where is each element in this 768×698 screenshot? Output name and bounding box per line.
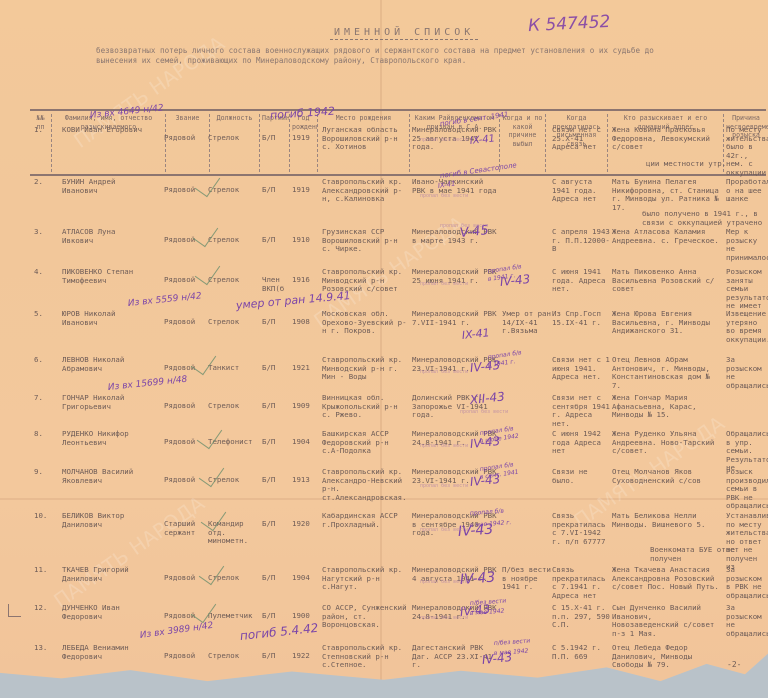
position: Стрелок: [208, 402, 260, 411]
birth-year: 1900: [292, 612, 314, 621]
rank: Рядовой: [164, 134, 206, 143]
position: Танкист: [208, 364, 260, 373]
party: Б/П: [262, 520, 284, 529]
delay-reason: Проработала о на шее шанке: [726, 178, 768, 204]
party: Б/П: [262, 186, 284, 195]
archive-stamp: пропал без вести: [420, 442, 468, 451]
position: Стрелок: [208, 652, 260, 661]
delay-reason-continued: Военкомата БУЕ ответ не получен: [650, 546, 768, 563]
row-number: 8.: [34, 430, 54, 439]
family-address: Отец Левнов Абрам Антонович, г. Минводы,…: [612, 356, 722, 390]
row-number: 9.: [34, 468, 54, 477]
family-address: Мать Беликова Нелли Минводы. Вишневого 5…: [612, 512, 722, 529]
birthplace: Луганская область Ворошиловский р-н с. Х…: [322, 126, 410, 152]
rank: Рядовой: [164, 318, 206, 327]
birthplace: Ставропольский кр. Александро-Невский р-…: [322, 468, 410, 502]
birth-year: 1904: [292, 574, 314, 583]
position: Стрелок: [208, 134, 260, 143]
last-contact: С июня 1942 года Адреса нет: [552, 430, 610, 456]
delay-reason: За розыском не обращались.: [726, 356, 768, 390]
document-subtitle: безвозвратных потерь личного состава вое…: [96, 46, 656, 66]
row-number: 10.: [34, 512, 54, 521]
birth-year: 1910: [292, 236, 314, 245]
birth-year: 1909: [292, 402, 314, 411]
birth-year: 1916: [292, 276, 314, 285]
row-number: 2.: [34, 178, 54, 187]
soldier-name: МОЛЧАНОВ Василий Яковлевич: [62, 468, 148, 485]
party: Б/П: [262, 574, 284, 583]
family-address: Мать Пиковенко Анна Васильевна Розовский…: [612, 268, 722, 294]
last-contact: Из Спр.Госп 15.IX-41 г.: [552, 310, 610, 327]
rank: Рядовой: [164, 652, 206, 661]
delay-reason: Мер к розыску не принималось: [726, 228, 768, 262]
soldier-name: ПИКОВЕНКО Степан Тимофеевич: [62, 268, 148, 285]
header-year: Год рождения: [290, 114, 318, 172]
last-contact: Связь прекратилась с 7.VI-1942 г. п/п 67…: [552, 512, 610, 546]
row-number: 5.: [34, 310, 54, 319]
document-page: ПАМЯТЬ НАРОДА ПАМЯТЬ НАРОДА ПАМЯТЬ НАРОД…: [0, 0, 768, 688]
birthplace: Винницкая обл. Крыжопольский р-н с. Ржев…: [322, 394, 410, 420]
archive-stamp: пропал без вести: [420, 280, 468, 289]
table-header-rule: [30, 174, 766, 176]
birth-year: 1921: [292, 364, 314, 373]
handwritten-note: XII-43: [470, 392, 506, 404]
delay-reason-continued: ции местности утр.: [646, 160, 726, 169]
row-number: 7.: [34, 394, 54, 403]
soldier-name: АТЛАСОВ Луна Ивкович: [62, 228, 148, 245]
last-contact: С 5.1942 г. П.П. 669: [552, 644, 610, 661]
family-address: Жена Гончар Мария Афанасьевна, Карас, Ми…: [612, 394, 722, 420]
birthplace: Московская обл. Орехово-Зуевский р-н г. …: [322, 310, 410, 336]
watermark: ПАМЯТЬ НАРОДА: [49, 491, 209, 613]
birth-year: 1919: [292, 134, 314, 143]
delay-reason: Розыск производили семьи в РВК не обраща…: [726, 468, 768, 511]
row-number: 12.: [34, 604, 54, 613]
family-address: Сын Дунченко Василий Иванович, Новозавед…: [612, 604, 722, 638]
archive-stamp: пропал без вести: [420, 578, 468, 587]
header-position: Должность: [210, 114, 260, 172]
position: Стрелок: [208, 236, 260, 245]
last-contact: С августа 1941 года. Адреса нет: [552, 178, 610, 204]
birth-year: 1920: [292, 520, 314, 529]
handwritten-note: умер от ран 14.9.41: [236, 292, 351, 310]
row-number: 6.: [34, 356, 54, 365]
party: Б/П: [262, 438, 284, 447]
party: Б/П: [262, 612, 284, 621]
soldier-name: ЛЕБЕДА Вениамин Федорович: [62, 644, 148, 661]
family-address: Мать Бунина Пелагея Никифоровна, ст. Ста…: [612, 178, 722, 212]
party: Б/П: [262, 364, 284, 373]
position: Стрелок: [208, 186, 260, 195]
last-contact: Связи нет с 25.Х-41 Адреса нет: [552, 126, 610, 152]
header-num: №№ пп: [30, 114, 52, 172]
handwritten-note: IV-43: [482, 653, 513, 665]
soldier-name: ЛЕВНОВ Николай Абрамович: [62, 356, 148, 373]
birth-year: 1913: [292, 476, 314, 485]
party: Б/П: [262, 236, 284, 245]
delay-reason: Обращались в упр. семьи. Результатов не: [726, 430, 768, 473]
birth-year: 1919: [292, 186, 314, 195]
birthplace: Ставропольский кр. Минводский р-н г. Мин…: [322, 356, 410, 382]
delay-reason: За розыском не обращались: [726, 604, 768, 638]
handwritten-note: IV-43: [470, 361, 501, 373]
birthplace: Грузинская ССР Ворошиловский р-н с. Чирк…: [322, 228, 410, 254]
last-contact: Связи нет с сентября 1941 г. Адреса нет.: [552, 394, 610, 428]
party: Б/П: [262, 652, 284, 661]
birth-year: 1908: [292, 318, 314, 327]
handwritten-note: IV-43: [500, 275, 531, 287]
family-address: Отец Лебеда Федор Данилович, Минводы Сво…: [612, 644, 722, 670]
delay-reason: За розыском в РВК не обращались: [726, 566, 768, 600]
soldier-name: БЕЛИКОВ Виктор Данилович: [62, 512, 148, 529]
party: Член ВКП(б): [262, 276, 284, 293]
birth-year: 1904: [292, 438, 314, 447]
row-number: 11.: [34, 566, 54, 575]
row-number: 13.: [34, 644, 54, 653]
archive-stamp: пропал без вести: [420, 368, 468, 377]
archive-number: К 547452: [528, 12, 611, 36]
soldier-name: ТКАЧЕВ Григорий Данилович: [62, 566, 148, 583]
row-number: 3.: [34, 228, 54, 237]
header-party: Партийность: [260, 114, 290, 172]
soldier-name: КОВИ Иван Егорович: [62, 126, 148, 135]
handwritten-note: IV-43: [470, 475, 501, 487]
soldier-name: ГОНЧАР Николай Григорьевич: [62, 394, 148, 411]
archive-stamp: пропал без вести: [420, 136, 468, 145]
last-contact: С апреля 1943 г. П.П.12000-В: [552, 228, 610, 254]
party: Б/П: [262, 476, 284, 485]
page-number: -2-: [727, 660, 741, 669]
birth-year: 1922: [292, 652, 314, 661]
margin-mark: [8, 604, 21, 617]
party: Б/П: [262, 402, 284, 411]
delay-reason: По месту жительства было в 42г., нем. с …: [726, 126, 768, 177]
family-address: Жена Руденко Ульяна Андреевна. Ново-Тарс…: [612, 430, 722, 456]
archive-stamp: пропал без вести: [460, 408, 508, 417]
soldier-name: ДУНЧЕНКО Иван Федорович: [62, 604, 148, 621]
last-contact: Связь прекратилась с 7.1941 г. Адреса не…: [552, 566, 610, 600]
family-address: Жена Ткачева Анастасия Александровна Роз…: [612, 566, 722, 592]
document-title: ИМЕННОЙ СПИСОК: [330, 27, 478, 40]
party: Б/П: [262, 134, 284, 143]
birthplace: СО АССР, Сунженский район, ст. Воронцовс…: [322, 604, 410, 630]
handwritten-note: пропал б/в: [470, 508, 505, 519]
family-address: Жена Юрова Евгения Васильевна, г. Минвод…: [612, 310, 722, 336]
last-contact: Связи не было.: [552, 468, 610, 485]
archive-stamp: пропал без вести: [440, 222, 488, 231]
soldier-name: ЮРОВ Николай Иванович: [62, 310, 148, 327]
handwritten-note: погиб 5.4.42: [240, 624, 319, 641]
row-number: 1.: [34, 126, 54, 135]
family-address: Жена Атласова Каламия Андреевна. с. Греч…: [612, 228, 722, 245]
last-contact: С июня 1941 года. Адреса нет.: [552, 268, 610, 294]
last-contact: С 15.X-41 г. п.п. 297, 590 С.П.: [552, 604, 610, 630]
row-number: 4.: [34, 268, 54, 277]
last-contact: Связи нет с 1 июня 1941. Адреса нет.: [552, 356, 610, 382]
archive-stamp: пропал без вести: [420, 482, 468, 491]
archive-stamp: пропал без вести: [420, 192, 468, 201]
handwritten-note: Из вх 15699 н/48: [108, 376, 188, 393]
soldier-name: БУНИН Андрей Иванович: [62, 178, 148, 195]
birthplace: Башкирская АССР Федоровский р-н с.А-Подо…: [322, 430, 410, 456]
birthplace: Кабардинская АССР г.Прохладный.: [322, 512, 410, 529]
delay-reason-continued: было получено в 1941 г., в связи с оккуп…: [642, 210, 768, 227]
party: Б/П: [262, 318, 284, 327]
birthplace: Ставропольский кр. Степновский р-н с.Сте…: [322, 644, 410, 670]
handwritten-note: Из вх 5559 н/42: [128, 292, 202, 308]
family-address: Отец Молчанов Яков Суховодненский с/сов: [612, 468, 722, 485]
draft-office: Минераловодский РВК 7.VII-1941 г.: [412, 310, 498, 327]
soldier-name: РУДЕНКО Никифор Леонтьевич: [62, 430, 148, 447]
rank: Рядовой: [164, 402, 206, 411]
archive-stamp: пропал без вести: [420, 614, 468, 623]
handwritten-note: IV-43: [470, 437, 501, 449]
delay-reason: Розыском заняты семьи результатов не име…: [726, 268, 768, 311]
position: Стрелок: [208, 276, 260, 285]
when-left: П/без вести в ноябре 1941 г.: [502, 566, 552, 592]
family-address: Жена Ковина Прасковья Федоровна, Левокум…: [612, 126, 722, 152]
handwritten-note: Из вх 3989 н/42: [139, 622, 213, 641]
position: Стрелок: [208, 318, 260, 327]
when-left: Умер от ран 14/IX-41 г.Вязьма: [502, 310, 552, 336]
handwritten-note: IX-41: [462, 329, 490, 340]
header-rank: Звание: [166, 114, 210, 172]
birthplace: Ставропольский кр. Александровский р-н, …: [322, 178, 410, 204]
archive-stamp: пропал без вести: [420, 526, 468, 535]
header-name: Фамилия, имя, отчество разыскиваемого: [52, 114, 166, 172]
birthplace: Ставропольский кр. Нагутский р-н с.Нагут…: [322, 566, 410, 592]
position: Пулеметчик: [208, 612, 260, 621]
delay-reason: Извещение утеряно во время оккупации.: [726, 310, 768, 344]
